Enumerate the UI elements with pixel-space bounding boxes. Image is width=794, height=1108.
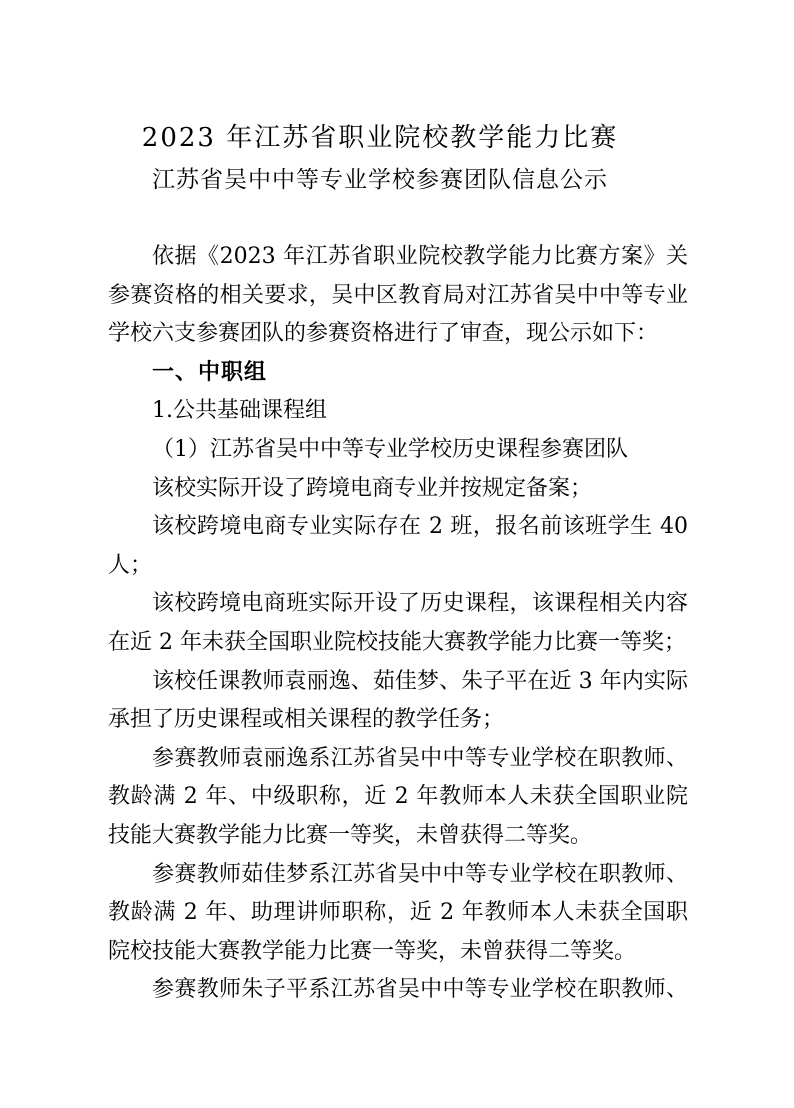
body-line-13: 承担了历史课程或相关课程的教学任务； <box>108 701 688 740</box>
title-line-1: 2023 年江苏省职业院校教学能力比赛 <box>108 117 652 159</box>
body-line-18: 教龄满 2 年、助理讲师职称，近 2 年教师本人未获全国职业 <box>108 894 688 933</box>
body-line-8: 该校跨境电商专业实际存在 2 班，报名前该班学生 40 <box>108 508 688 547</box>
body-line-17: 参赛教师茹佳梦系江苏省吴中中等专业学校在职教师、 <box>108 856 688 895</box>
body-line-7: 该校实际开设了跨境电商专业并按规定备案； <box>108 470 688 509</box>
body-line-12: 该校任课教师袁丽逸、茹佳梦、朱子平在近 3 年内实际 <box>108 663 688 702</box>
body-line-16: 技能大赛教学能力比赛一等奖，未曾获得二等奖。 <box>108 817 688 856</box>
title-line-2: 江苏省吴中中等专业学校参赛团队信息公示 <box>108 159 652 201</box>
body-line-14: 参赛教师袁丽逸系江苏省吴中中等专业学校在职教师、 <box>108 740 688 779</box>
team-heading-history-course-team: （1）江苏省吴中中等专业学校历史课程参赛团队 <box>108 431 688 470</box>
document-title: 2023 年江苏省职业院校教学能力比赛 江苏省吴中中等专业学校参赛团队信息公示 <box>108 117 688 201</box>
body-line-9: 人； <box>108 547 688 586</box>
body-line-19: 院校技能大赛教学能力比赛一等奖，未曾获得二等奖。 <box>108 933 688 972</box>
body-line-1: 依据《2023 年江苏省职业院校教学能力比赛方案》关于 <box>108 238 688 277</box>
section-heading-zhongzhi-group: 一、中职组 <box>108 354 688 393</box>
body-line-11: 在近 2 年未获全国职业院校技能大赛教学能力比赛一等奖； <box>108 624 688 663</box>
body-line-10: 该校跨境电商班实际开设了历史课程，该课程相关内容 <box>108 585 688 624</box>
body-line-20: 参赛教师朱子平系江苏省吴中中等专业学校在职教师、 <box>108 971 688 1010</box>
body-line-3: 学校六支参赛团队的参赛资格进行了审查，现公示如下： <box>108 315 688 354</box>
body-line-15: 教龄满 2 年、中级职称，近 2 年教师本人未获全国职业院校 <box>108 778 688 817</box>
body-line-2: 参赛资格的相关要求，吴中区教育局对江苏省吴中中等专业 <box>108 277 688 316</box>
subsection-heading-public-basic-course-group: 1.公共基础课程组 <box>108 392 688 431</box>
document-page: 2023 年江苏省职业院校教学能力比赛 江苏省吴中中等专业学校参赛团队信息公示 … <box>0 0 794 1108</box>
document-body: 依据《2023 年江苏省职业院校教学能力比赛方案》关于 参赛资格的相关要求，吴中… <box>108 238 688 1010</box>
